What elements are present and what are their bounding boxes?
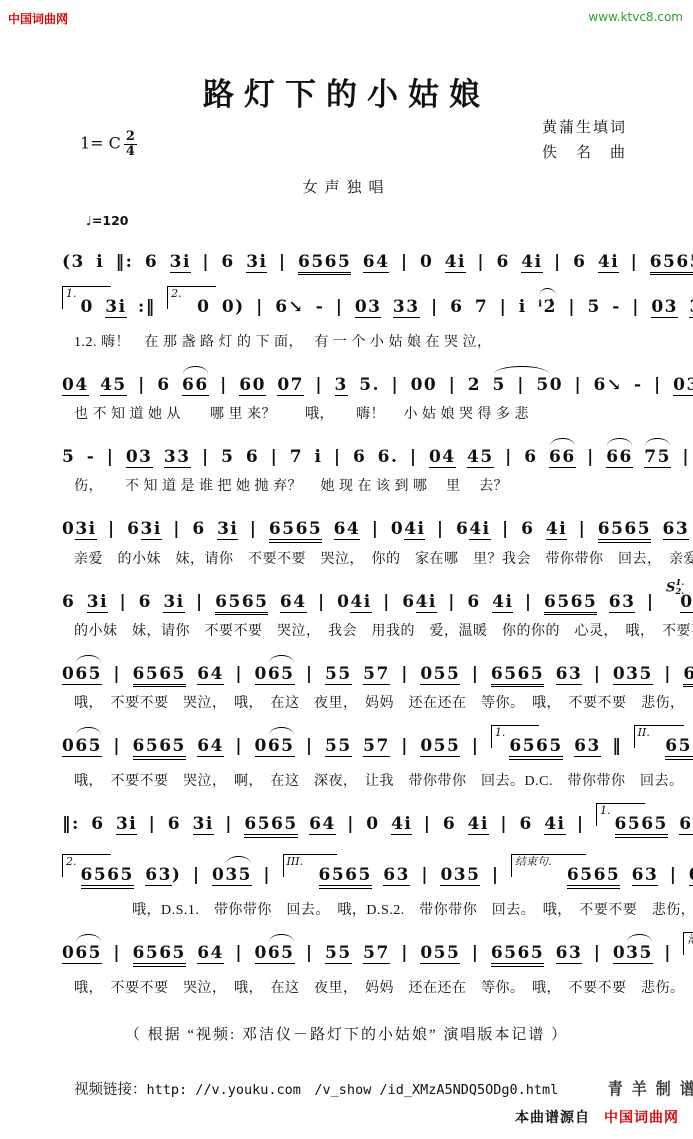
music-notation-line: (3 i ‖: 6 3i | 6 3i | 6565 64 | 0 4i | 6… [62, 252, 643, 273]
credits: 黄蒲生填词 佚 名 曲 [542, 116, 627, 166]
music-system: 1.0 3i :‖ 2. 0 0) | 6↘ - | 03 33 | 6 7 |… [62, 297, 643, 351]
video-link-url[interactable]: http: //v.youku.com /v_show /id_XMzA5NDQ… [147, 1082, 559, 1098]
sheet-music-page: 中国词曲网 www.ktvc8.com 路灯下的小姑娘 1= C24 黄蒲生填词… [0, 0, 693, 1139]
music-notation-line: 04 45 | 6 66 | 60 07 | 3 5. | 00 | 2 5 |… [62, 375, 643, 396]
source-prefix: 本曲谱源自 [515, 1111, 590, 1126]
music-notation-line: 5 - | 03 33 | 5 6 | 7 i | 6 6. | 04 45 |… [62, 447, 643, 468]
music-system: 6 3i | 6 3i | 6565 64 | 04i | 64i | 6 4i… [62, 592, 643, 640]
music-system: ‖: 6 3i | 6 3i | 6565 64 | 0 4i | 6 4i |… [62, 814, 643, 841]
music-system: (3 i ‖: 6 3i | 6 3i | 6565 64 | 0 4i | 6… [62, 252, 643, 273]
lyric-line: 亲爱 的小妹 妹，请你 不要不要 哭泣， 你的 家在哪 里？我会 带你带你 回去… [74, 548, 643, 568]
music-system: 065 | 6565 64 | 065 | 55 57 | 055 | 6565… [62, 943, 643, 997]
lyric-line: 1.2. 嗨！ 在 那 盏 路 灯 的 下 面， 有 一 个 小 姑 娘 在 哭… [74, 331, 643, 351]
score: (3 i ‖: 6 3i | 6 3i | 6565 64 | 0 4i | 6… [62, 252, 643, 998]
lyric-line: 哦， 不要不要 哭泣， 啊， 在这 深夜， 让我 带你带你 回去。D.C. 带你… [74, 770, 643, 790]
music-system: 04 45 | 6 66 | 60 07 | 3 5. | 00 | 2 5 |… [62, 375, 643, 423]
lyric-line: 哦，D.S.1. 带你带你 回去。 哦，D.S.2. 带你带你 回去。 哦， 不… [74, 899, 643, 919]
music-notation-line: 065 | 6565 64 | 065 | 55 57 | 055 | 6565… [62, 943, 643, 970]
source-row: 本曲谱源自中国词曲网 [515, 1107, 679, 1127]
lyric-line: 的小妹 妹，请你 不要不要 哭泣， 我会 用我的 爱，温暖 你的你的 心灵， 哦… [74, 620, 643, 640]
music-notation-line: 03i | 63i | 6 3i | 6565 64 | 04i | 64i |… [62, 519, 643, 540]
music-system: 2.6565 63) | 035 | III. 6565 63 | 035 | … [62, 865, 643, 919]
music-notation-line: 065 | 6565 64 | 065 | 55 57 | 055 | 6565… [62, 664, 643, 685]
site-name-link[interactable]: 中国词曲网 [8, 10, 68, 27]
site-url-link[interactable]: www.ktvc8.com [588, 10, 683, 24]
music-system: 03i | 63i | 6 3i | 6565 64 | 04i | 64i |… [62, 519, 643, 567]
music-system: 5 - | 03 33 | 5 6 | 7 i | 6 6. | 04 45 |… [62, 447, 643, 495]
source-site-link[interactable]: 中国词曲网 [604, 1111, 679, 1126]
time-signature: 24 [124, 130, 137, 158]
lyric-line: 伤， 不 知 道 是 谁 把 她 抛 弃？ 她 现 在 该 到 哪 里 去？ [74, 475, 643, 495]
music-system: 065 | 6565 64 | 065 | 55 57 | 055 | 1.65… [62, 736, 643, 790]
lyric-line: 哦， 不要不要 哭泣， 哦， 在这 夜里， 妈妈 还在还在 等你。 哦， 不要不… [74, 977, 643, 997]
lyricist-credit: 黄蒲生填词 [542, 116, 627, 141]
music-notation-line: 2.6565 63) | 035 | III. 6565 63 | 035 | … [62, 865, 643, 892]
volta-label: 2. [167, 286, 216, 309]
music-system: 065 | 6565 64 | 065 | 55 57 | 055 | 6565… [62, 664, 643, 712]
video-link-label: 视频链接： [74, 1082, 147, 1098]
video-row: 视频链接：http: //v.youku.com /v_show /id_XMz… [74, 1078, 693, 1099]
key-signature: 1= C24 [80, 130, 137, 158]
segno-mark: S1.2. [666, 579, 684, 597]
transcription-note: （ 根据 “视频: 邓洁仪－路灯下的小姑娘” 演唱版本记谱 ） [0, 1023, 693, 1044]
volta-label: 渐弱渐隐结束 [683, 932, 693, 955]
music-notation-line: 1.0 3i :‖ 2. 0 0) | 6↘ - | 03 33 | 6 7 |… [62, 297, 643, 324]
top-bar: 中国词曲网 www.ktvc8.com [0, 6, 693, 27]
subtitle: 女声独唱 [0, 176, 693, 197]
tempo-marking: ♩=120 [86, 213, 693, 228]
music-notation-line: 065 | 6565 64 | 065 | 55 57 | 055 | 1.65… [62, 736, 643, 763]
transcriber-stamp: 青羊制谱 [608, 1077, 693, 1100]
volta-label: 1. [62, 286, 111, 309]
lyric-line: 哦， 不要不要 哭泣， 哦， 在这 夜里， 妈妈 还在还在 等你。 哦， 不要不… [74, 692, 643, 712]
meta-row: 1= C24 黄蒲生填词 佚 名 曲 [0, 116, 693, 166]
song-title: 路灯下的小姑娘 [0, 69, 693, 114]
music-notation-line: 6 3i | 6 3i | 6565 64 | 04i | 64i | 6 4i… [62, 592, 643, 613]
lyric-line: 也 不 知 道 她 从 哪 里 来？ 哦， 嗨！ 小 姑 娘 哭 得 多 悲 [74, 403, 643, 423]
music-notation-line: ‖: 6 3i | 6 3i | 6565 64 | 0 4i | 6 4i |… [62, 814, 643, 841]
composer-credit: 佚 名 曲 [542, 141, 627, 166]
key-prefix: 1= C [80, 134, 121, 153]
